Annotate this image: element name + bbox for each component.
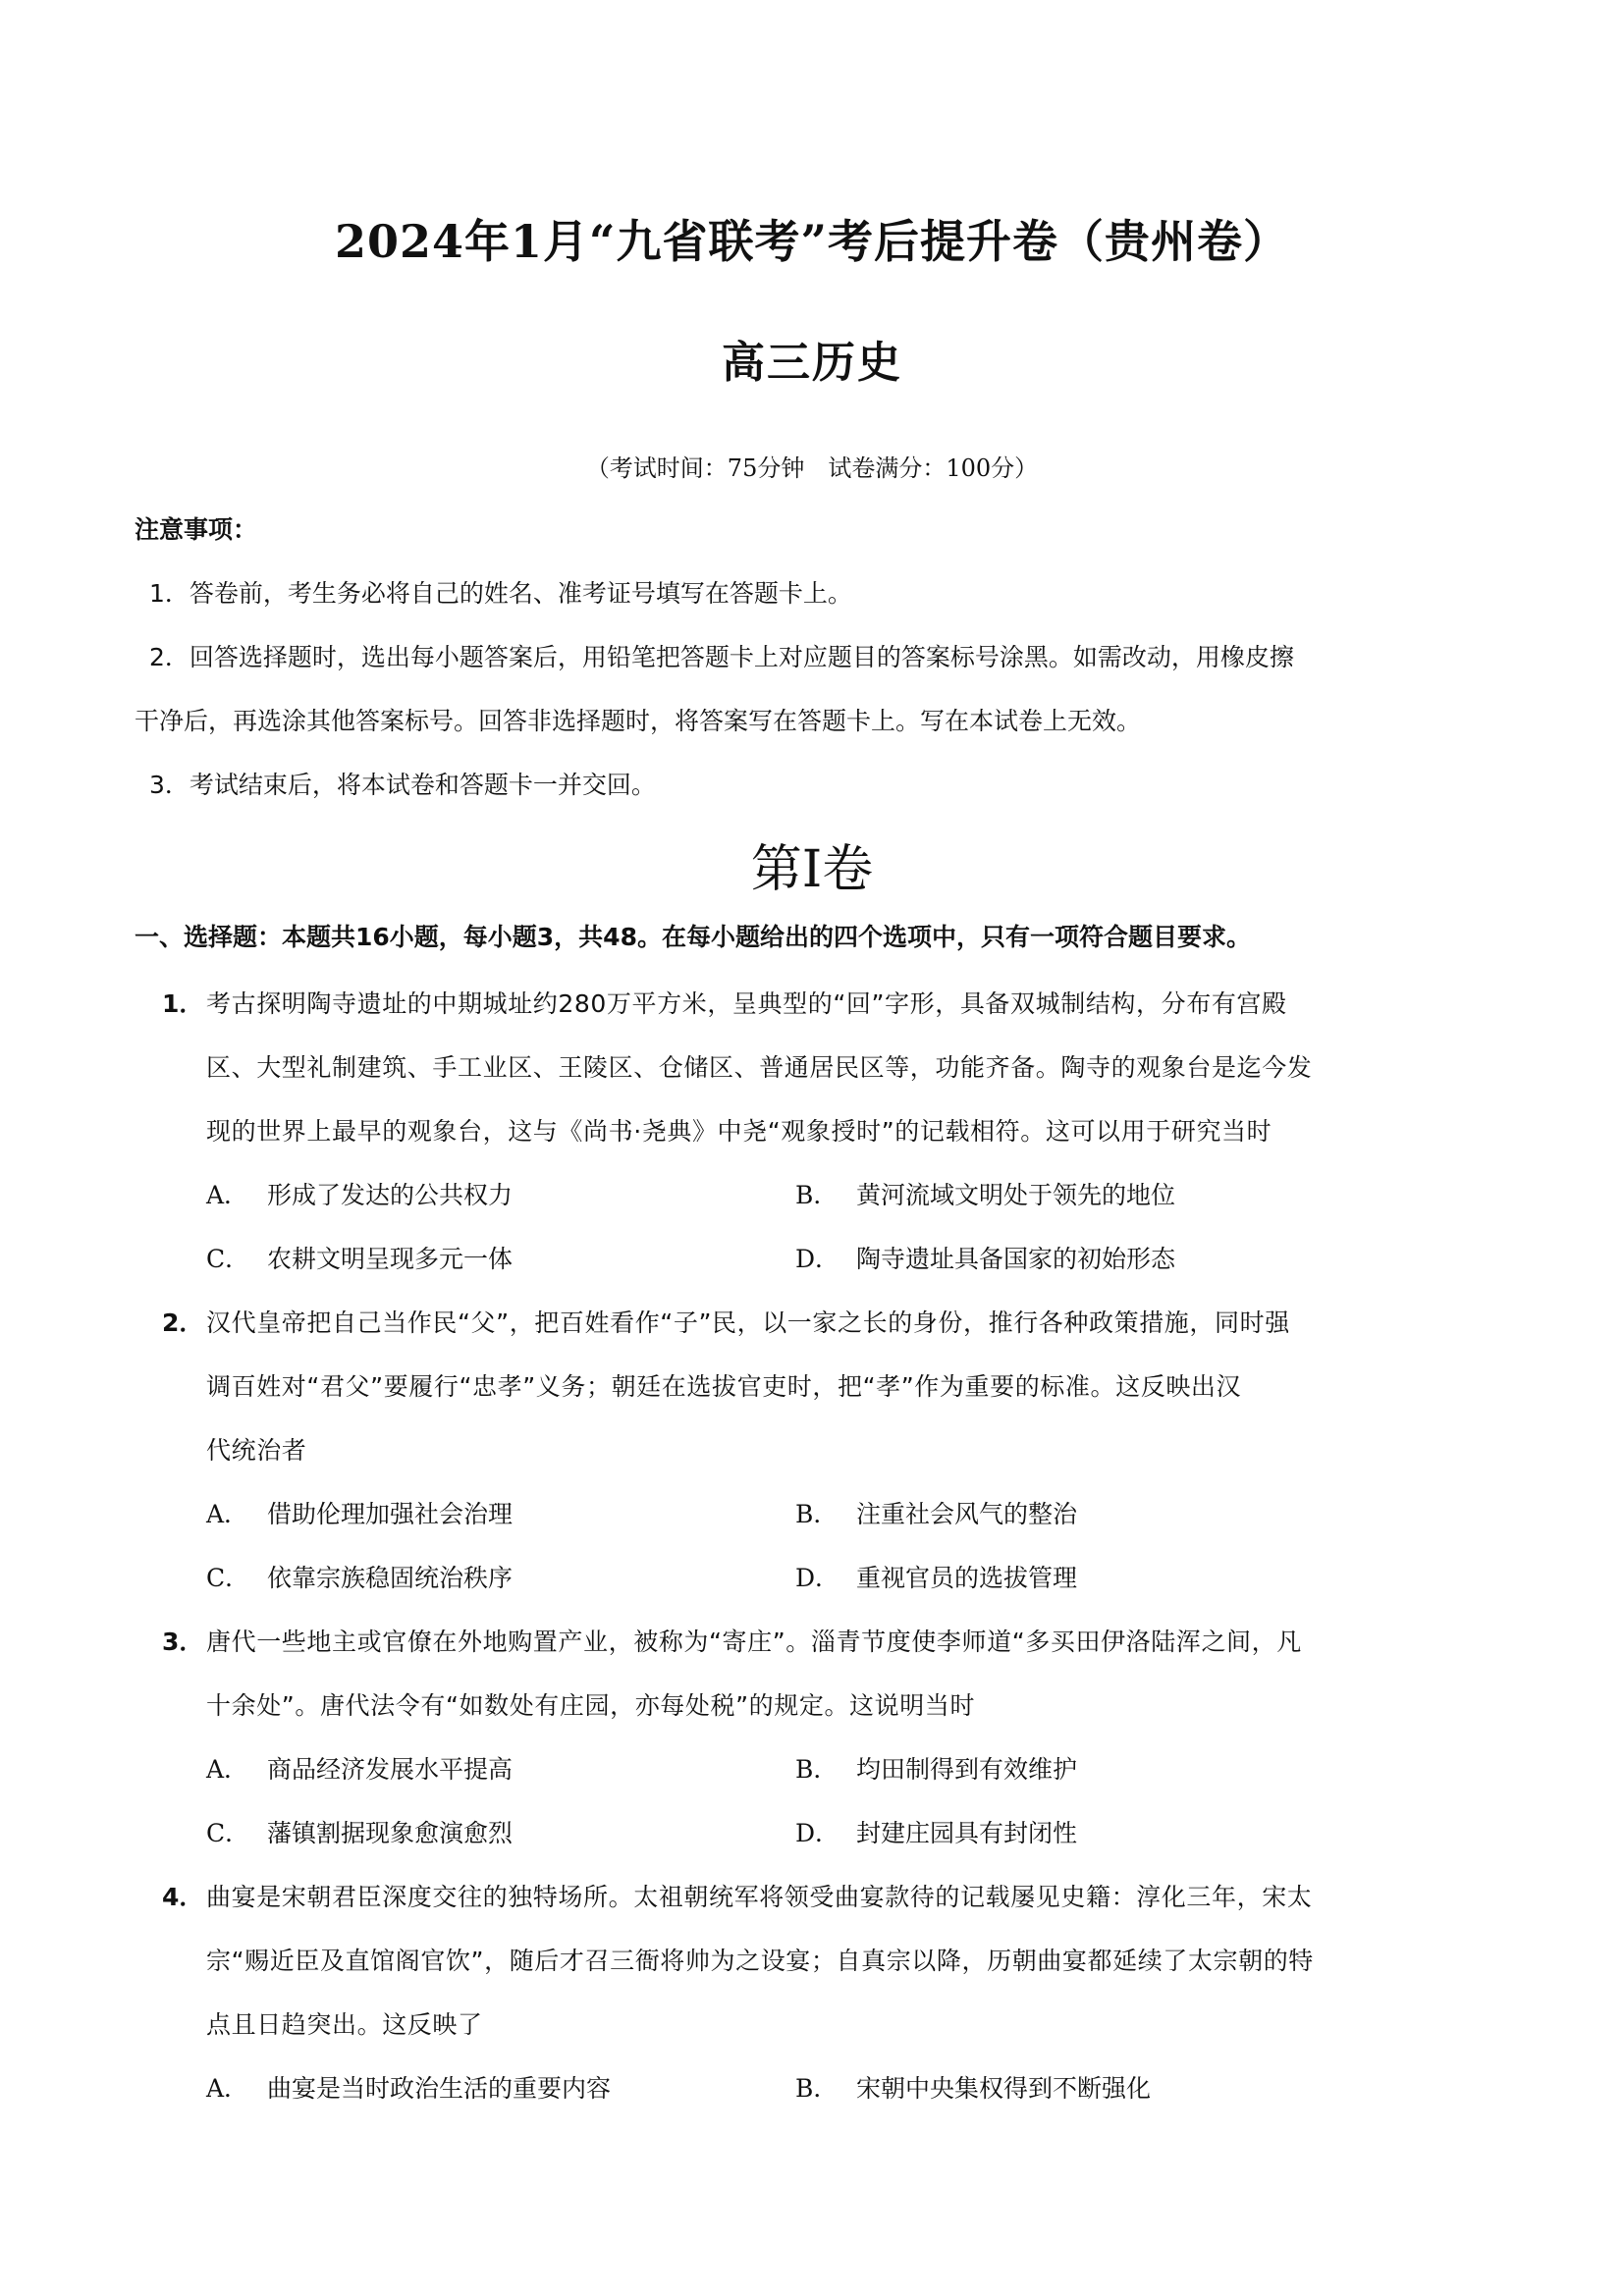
option-letter: C． [206,1814,267,1849]
option-text: 重视官员的选拔管理 [856,1564,1077,1592]
question-number: 3． [162,1623,203,1658]
question-text: 点且日趋突出。这反映了 [206,2005,483,2041]
notice-heading: 注意事项： [135,510,257,546]
option-letter: A． [206,2069,267,2105]
option-text: 封建庄园具有封闭性 [856,1819,1077,1847]
question-text: 代统治者 [206,1431,306,1467]
option-b: B．注重社会风气的整治 [795,1495,1077,1530]
question-number: 1． [162,985,203,1020]
question-text: 现的世界上最早的观象台，这与《尚书·尧典》中尧“观象授时”的记载相符。这可以用于… [206,1112,1272,1148]
option-letter: D． [795,1240,856,1275]
option-letter: A． [206,1750,267,1786]
notice-item: 干净后，再选涂其他答案标号。回答非选择题时，将答案写在答题卡上。写在本试卷上无效… [135,702,1141,737]
option-c: C．依靠宗族稳固统治秩序 [206,1559,513,1594]
option-text: 藩镇割据现象愈演愈烈 [267,1819,513,1847]
subject-title: 高三历史 [0,327,1624,390]
option-text: 均田制得到有效维护 [856,1755,1077,1784]
option-letter: B． [795,1750,856,1786]
option-b: B．均田制得到有效维护 [795,1750,1077,1786]
question-text: 调百姓对“君父”要履行“忠孝”义务；朝廷在选拔官吏时，把“孝”作为重要的标准。这… [206,1367,1241,1403]
option-b: B．黄河流域文明处于领先的地位 [795,1176,1175,1211]
exam-title: 2024年1月“九省联考”考后提升卷（贵州卷） [0,206,1624,271]
question-text: 曲宴是宋朝君臣深度交往的独特场所。太祖朝统军将领受曲宴款待的记载屡见史籍：淳化三… [206,1878,1312,1913]
option-letter: D． [795,1814,856,1849]
option-text: 商品经济发展水平提高 [267,1755,513,1784]
option-a: A．商品经济发展水平提高 [206,1750,513,1786]
option-letter: C． [206,1559,267,1594]
option-a: A．形成了发达的公共权力 [206,1176,513,1211]
question-number: 2． [162,1304,203,1339]
option-text: 宋朝中央集权得到不断强化 [856,2074,1151,2103]
option-c: C．藩镇割据现象愈演愈烈 [206,1814,513,1849]
option-a: A．曲宴是当时政治生活的重要内容 [206,2069,611,2105]
option-letter: B． [795,1495,856,1530]
option-d: D．封建庄园具有封闭性 [795,1814,1077,1849]
exam-meta: （考试时间：75分钟 试卷满分：100分） [0,449,1624,483]
option-letter: A． [206,1176,267,1211]
option-text: 曲宴是当时政治生活的重要内容 [267,2074,611,2103]
option-text: 形成了发达的公共权力 [267,1181,513,1209]
option-b: B．宋朝中央集权得到不断强化 [795,2069,1151,2105]
option-letter: B． [795,2069,856,2105]
option-text: 农耕文明呈现多元一体 [267,1245,513,1273]
option-text: 陶寺遗址具备国家的初始形态 [856,1245,1175,1273]
notice-item: 2．回答选择题时，选出每小题答案后，用铅笔把答题卡上对应题目的答案标号涂黑。如需… [149,638,1294,673]
section-description: 一、选择题：本题共16小题，每小题3，共48。在每小题给出的四个选项中，只有一项… [135,918,1251,953]
option-d: D．陶寺遗址具备国家的初始形态 [795,1240,1175,1275]
question-text: 汉代皇帝把自己当作民“父”，把百姓看作“子”民，以一家之长的身份，推行各种政策措… [206,1304,1290,1339]
option-text: 黄河流域文明处于领先的地位 [856,1181,1175,1209]
option-letter: D． [795,1559,856,1594]
option-letter: A． [206,1495,267,1530]
question-text: 考古探明陶寺遗址的中期城址约280万平方米，呈典型的“回”字形，具备双城制结构，… [206,985,1287,1020]
option-d: D．重视官员的选拔管理 [795,1559,1077,1594]
question-text: 十余处”。唐代法令有“如数处有庄园，亦每处税”的规定。这说明当时 [206,1686,975,1722]
notice-item: 3．考试结束后，将本试卷和答题卡一并交回。 [149,766,656,801]
option-a: A．借助伦理加强社会治理 [206,1495,513,1530]
section-title: 第I卷 [0,828,1624,901]
notice-item: 1．答卷前，考生务必将自己的姓名、准考证号填写在答题卡上。 [149,574,852,610]
option-letter: B． [795,1176,856,1211]
option-text: 依靠宗族稳固统治秩序 [267,1564,513,1592]
question-text: 区、大型礼制建筑、手工业区、王陵区、仓储区、普通居民区等，功能齐备。陶寺的观象台… [206,1048,1312,1084]
option-c: C．农耕文明呈现多元一体 [206,1240,513,1275]
question-text: 宗“赐近臣及直馆阁官饮”，随后才召三衙将帅为之设宴；自真宗以降，历朝曲宴都延续了… [206,1942,1314,1977]
option-text: 借助伦理加强社会治理 [267,1500,513,1528]
option-letter: C． [206,1240,267,1275]
question-number: 4． [162,1878,203,1913]
question-text: 唐代一些地主或官僚在外地购置产业，被称为“寄庄”。淄青节度使李师道“多买田伊洛陆… [206,1623,1302,1658]
option-text: 注重社会风气的整治 [856,1500,1077,1528]
